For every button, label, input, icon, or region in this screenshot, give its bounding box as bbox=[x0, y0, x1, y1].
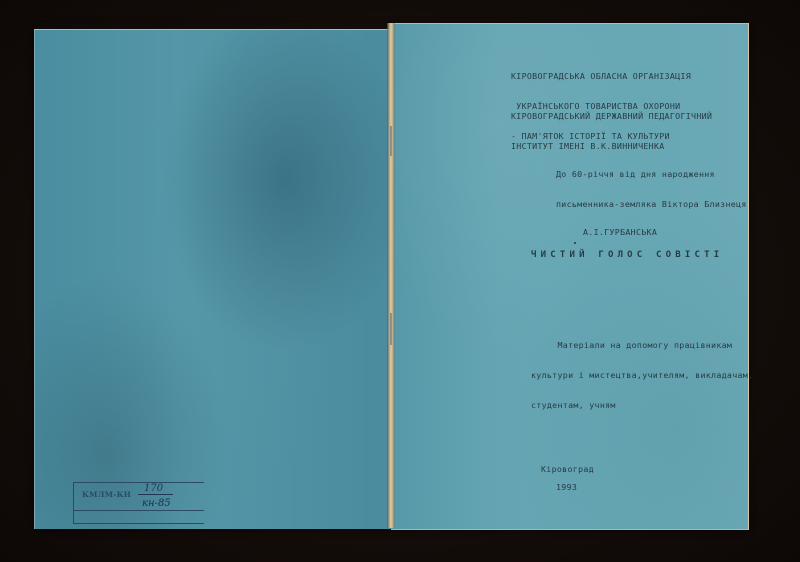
photo-scene: КМЛМ-КН 170 кн-85 КІРОВОГРАДСЬКА ОБЛАСНА… bbox=[0, 0, 800, 562]
purpose-line: студентам, учням bbox=[531, 400, 753, 410]
stamp-code: кн-85 bbox=[142, 498, 171, 509]
stamp-divider bbox=[74, 510, 204, 511]
front-cover: КІРОВОГРАДСЬКА ОБЛАСНА ОРГАНІЗАЦІЯ УКРАЇ… bbox=[391, 23, 749, 530]
back-cover: КМЛМ-КН 170 кн-85 bbox=[34, 29, 392, 529]
spine bbox=[387, 23, 395, 528]
purpose-line: Матеріали на допомогу працівникам bbox=[531, 340, 753, 350]
org-line: КІРОВОГРАДСЬКА ОБЛАСНА ОРГАНІЗАЦІЯ bbox=[511, 71, 691, 81]
inst-line: КІРОВОГРАДСЬКИЙ ДЕРЖАВНИЙ ПЕДАГОГІЧНИЙ bbox=[511, 111, 712, 121]
stamp-number: 170 bbox=[138, 483, 173, 495]
dedication: До 60-річчя від дня народження письменни… bbox=[556, 149, 747, 229]
purpose-line: культури і мистецтва,учителям, викладача… bbox=[531, 370, 753, 380]
dedication-line: До 60-річчя від дня народження bbox=[556, 169, 747, 179]
publication-city: Кіровоград bbox=[541, 464, 594, 474]
staple-icon bbox=[390, 313, 392, 345]
dedication-line: письменника-земляка Віктора Близнеця bbox=[556, 199, 747, 209]
staple-icon bbox=[390, 126, 392, 156]
book-title: ЧИСТИЙ ГОЛОС СОВІСТІ bbox=[531, 250, 723, 260]
ink-dot bbox=[574, 242, 576, 244]
booklet: КМЛМ-КН 170 кн-85 КІРОВОГРАДСЬКА ОБЛАСНА… bbox=[34, 23, 748, 528]
author-name: А.І.ГУРБАНСЬКА bbox=[583, 227, 657, 237]
library-stamp: КМЛМ-КН 170 кн-85 bbox=[73, 482, 204, 524]
publication-year: 1993 bbox=[556, 482, 577, 492]
purpose-note: Матеріали на допомогу працівникам культу… bbox=[531, 320, 753, 430]
stamp-label: КМЛМ-КН bbox=[82, 490, 131, 499]
